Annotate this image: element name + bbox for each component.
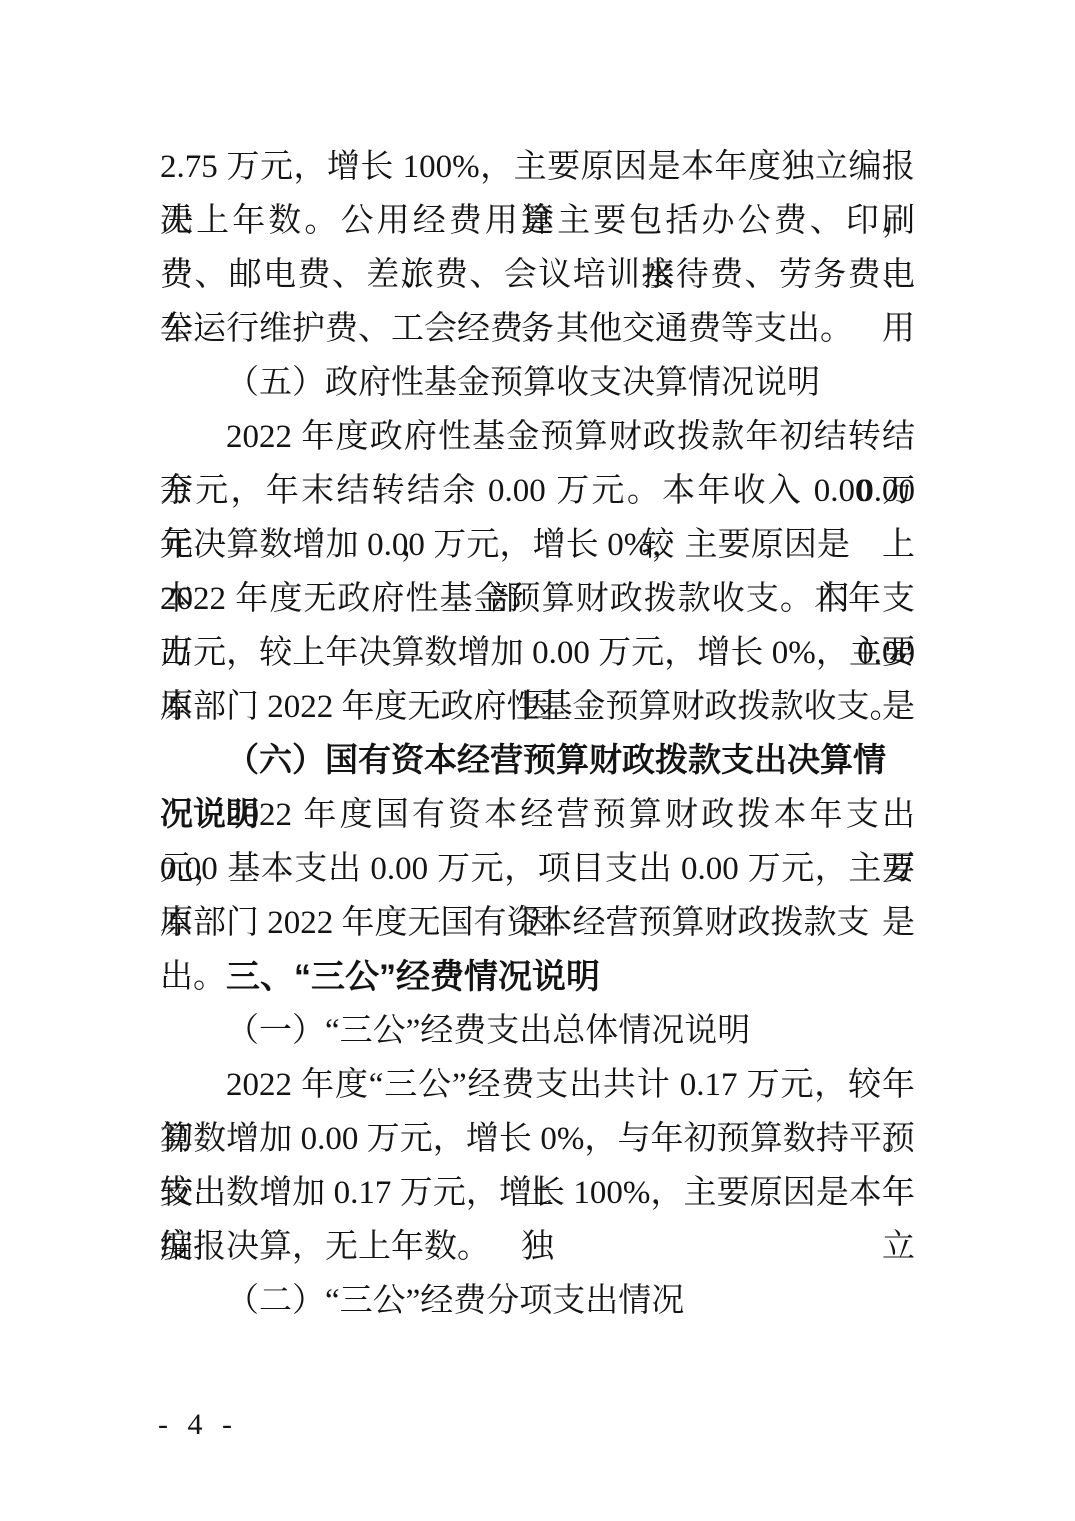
- body-line: 2022 年度政府性基金预算财政拨款年初结转结余 0.00: [160, 410, 915, 464]
- heading-sub-two: （二）“三公”经费分项支出情况: [160, 1274, 915, 1328]
- body-line: 2022 年度无政府性基金预算财政拨款收支。本年支出 0.00: [160, 572, 915, 626]
- body-line: 算数增加 0.00 万元，增长 0%，与年初预算数持平。较上年: [160, 1112, 915, 1166]
- heading-sub-one: （一）“三公”经费支出总体情况说明: [160, 1004, 915, 1058]
- body-line: 2.75 万元，增长 100%，主要原因是本年度独立编报决算，: [160, 140, 915, 194]
- body-line: 年决算数增加 0.00 万元，增长 0%，主要原因是本部门: [160, 518, 850, 572]
- body-line: 支出数增加 0.17 万元，增长 100%，主要原因是本年度独立: [160, 1166, 915, 1220]
- page-number: - 4 -: [158, 1408, 238, 1442]
- body-line: 万元，年末结转结余 0.00 万元。本年收入 0.00 万元，较上: [160, 464, 915, 518]
- body-line: 元，基本支出 0.00 万元，项目支出 0.00 万元，主要原因是: [160, 842, 915, 896]
- body-line: 费、邮电费、差旅费、会议培训接待费、劳务费、公务用: [160, 248, 915, 302]
- body-line: 本部门 2022 年度无国有资本经营预算财政拨款支出。: [160, 896, 915, 950]
- document-text-block: 2.75 万元，增长 100%，主要原因是本年度独立编报决算， 无上年数。公用经…: [160, 140, 915, 1328]
- heading-section-five: （五）政府性基金预算收支决算情况说明: [160, 356, 915, 410]
- body-line: 万元，较上年决算数增加 0.00 万元，增长 0%，主要原因是: [160, 626, 915, 680]
- heading-three-public-funds: 三、“三公”经费情况说明: [160, 950, 915, 1004]
- body-line: 2022 年度“三公”经费支出共计 0.17 万元，较年初预: [160, 1058, 915, 1112]
- body-line: 2022 年度国有资本经营预算财政拨本年支出 0.00 万: [160, 788, 915, 842]
- heading-section-six: （六）国有资本经营预算财政拨款支出决算情况说明: [160, 734, 915, 788]
- body-line: 车运行维护费、工会经费、其他交通费等支出。: [160, 302, 915, 356]
- document-page: 2.75 万元，增长 100%，主要原因是本年度独立编报决算， 无上年数。公用经…: [0, 0, 1075, 1521]
- body-line: 本部门 2022 年度无政府性基金预算财政拨款收支。: [160, 680, 915, 734]
- body-line: 无上年数。公用经费用途主要包括办公费、印刷费、水电: [160, 194, 915, 248]
